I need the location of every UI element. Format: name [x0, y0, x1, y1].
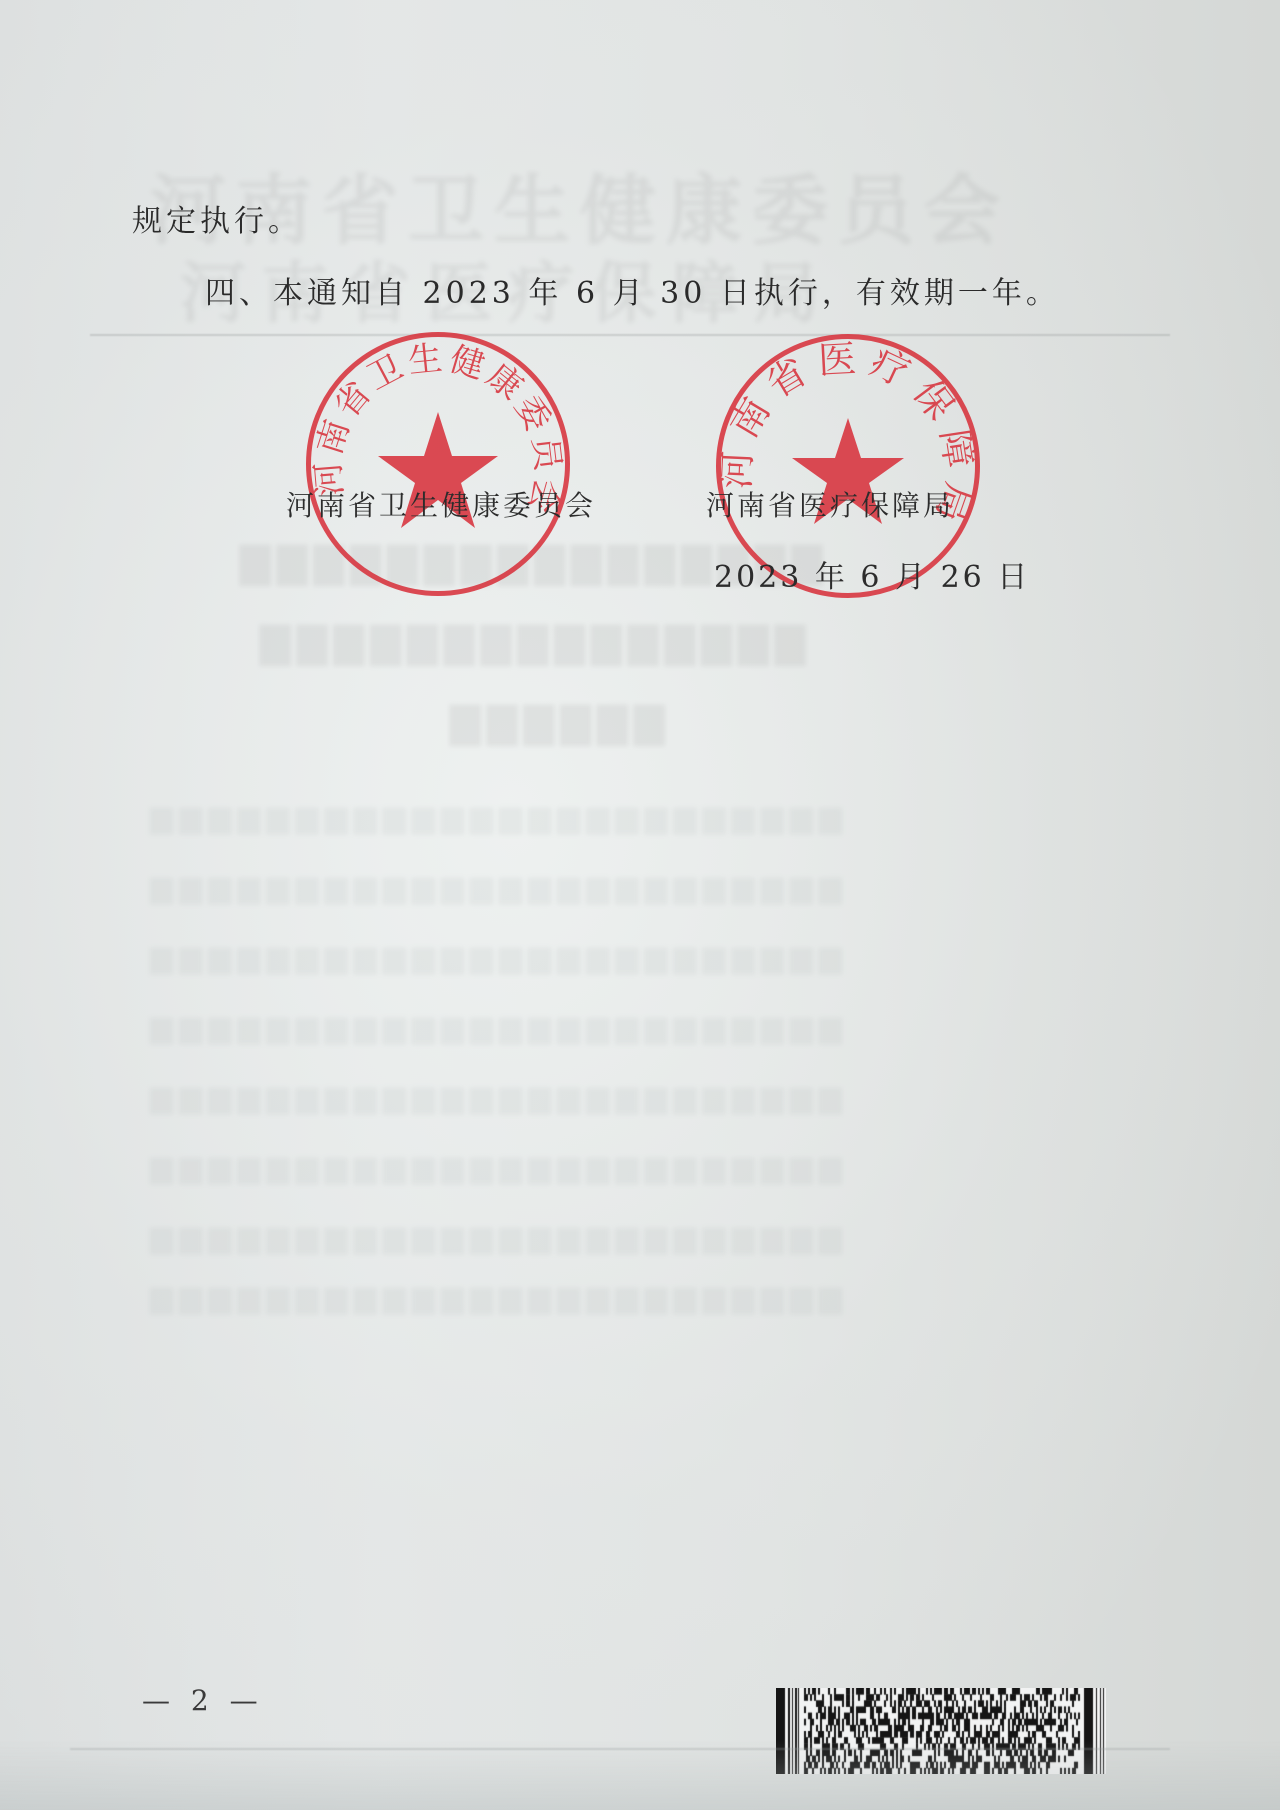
show-through-line: ▆▆▆▆▆▆▆▆▆▆▆▆▆▆▆▆▆▆▆▆▆▆▆▆ [150, 800, 848, 835]
show-through-line: ▆▆▆▆▆▆▆▆▆▆▆▆▆▆▆▆▆▆▆▆▆▆▆▆ [150, 1010, 848, 1045]
page-number: — 2 — [142, 1684, 264, 1717]
show-through-heading: ▇▇▇▇▇▇ [450, 700, 671, 746]
divider-rule [90, 334, 1170, 336]
issue-date: 2023 年 6 月 26 日 [714, 552, 1030, 596]
body-text-clause-four: 四、本通知自 2023 年 6 月 30 日执行，有效期一年。 [205, 268, 1060, 312]
signer-medical-security-bureau: 河南省医疗保障局 [706, 484, 954, 524]
show-through-line: ▆▆▆▆▆▆▆▆▆▆▆▆▆▆▆▆▆▆▆▆▆▆▆▆ [150, 1150, 848, 1185]
document-page: 河南省卫生健康委员会 河南省医疗保障局 ▇▇▇▇▇▇▇▇▇▇▇▇▇▇▇▇ ▇▇▇… [0, 0, 1280, 1810]
show-through-heading: ▇▇▇▇▇▇▇▇▇▇▇▇▇▇▇ [260, 620, 811, 666]
official-seal-health-commission: 河南省卫生健康委员会 [306, 332, 570, 596]
show-through-line: ▆▆▆▆▆▆▆▆▆▆▆▆▆▆▆▆▆▆▆▆▆▆▆▆ [150, 870, 848, 905]
show-through-line: ▆▆▆▆▆▆▆▆▆▆▆▆▆▆▆▆▆▆▆▆▆▆▆▆ [150, 1080, 848, 1115]
seal-star-icon: 河南省卫生健康委员会 [306, 332, 570, 596]
signer-health-commission: 河南省卫生健康委员会 [286, 484, 596, 524]
show-through-line: ▆▆▆▆▆▆▆▆▆▆▆▆▆▆▆▆▆▆▆▆▆▆▆▆ [150, 940, 848, 975]
body-text-line: 规定执行。 [132, 196, 302, 240]
show-through-line: ▆▆▆▆▆▆▆▆▆▆▆▆▆▆▆▆▆▆▆▆▆▆▆▆ [150, 1220, 848, 1255]
paper-shadow [0, 1740, 1280, 1810]
show-through-line: ▆▆▆▆▆▆▆▆▆▆▆▆▆▆▆▆▆▆▆▆▆▆▆▆ [150, 1280, 848, 1315]
